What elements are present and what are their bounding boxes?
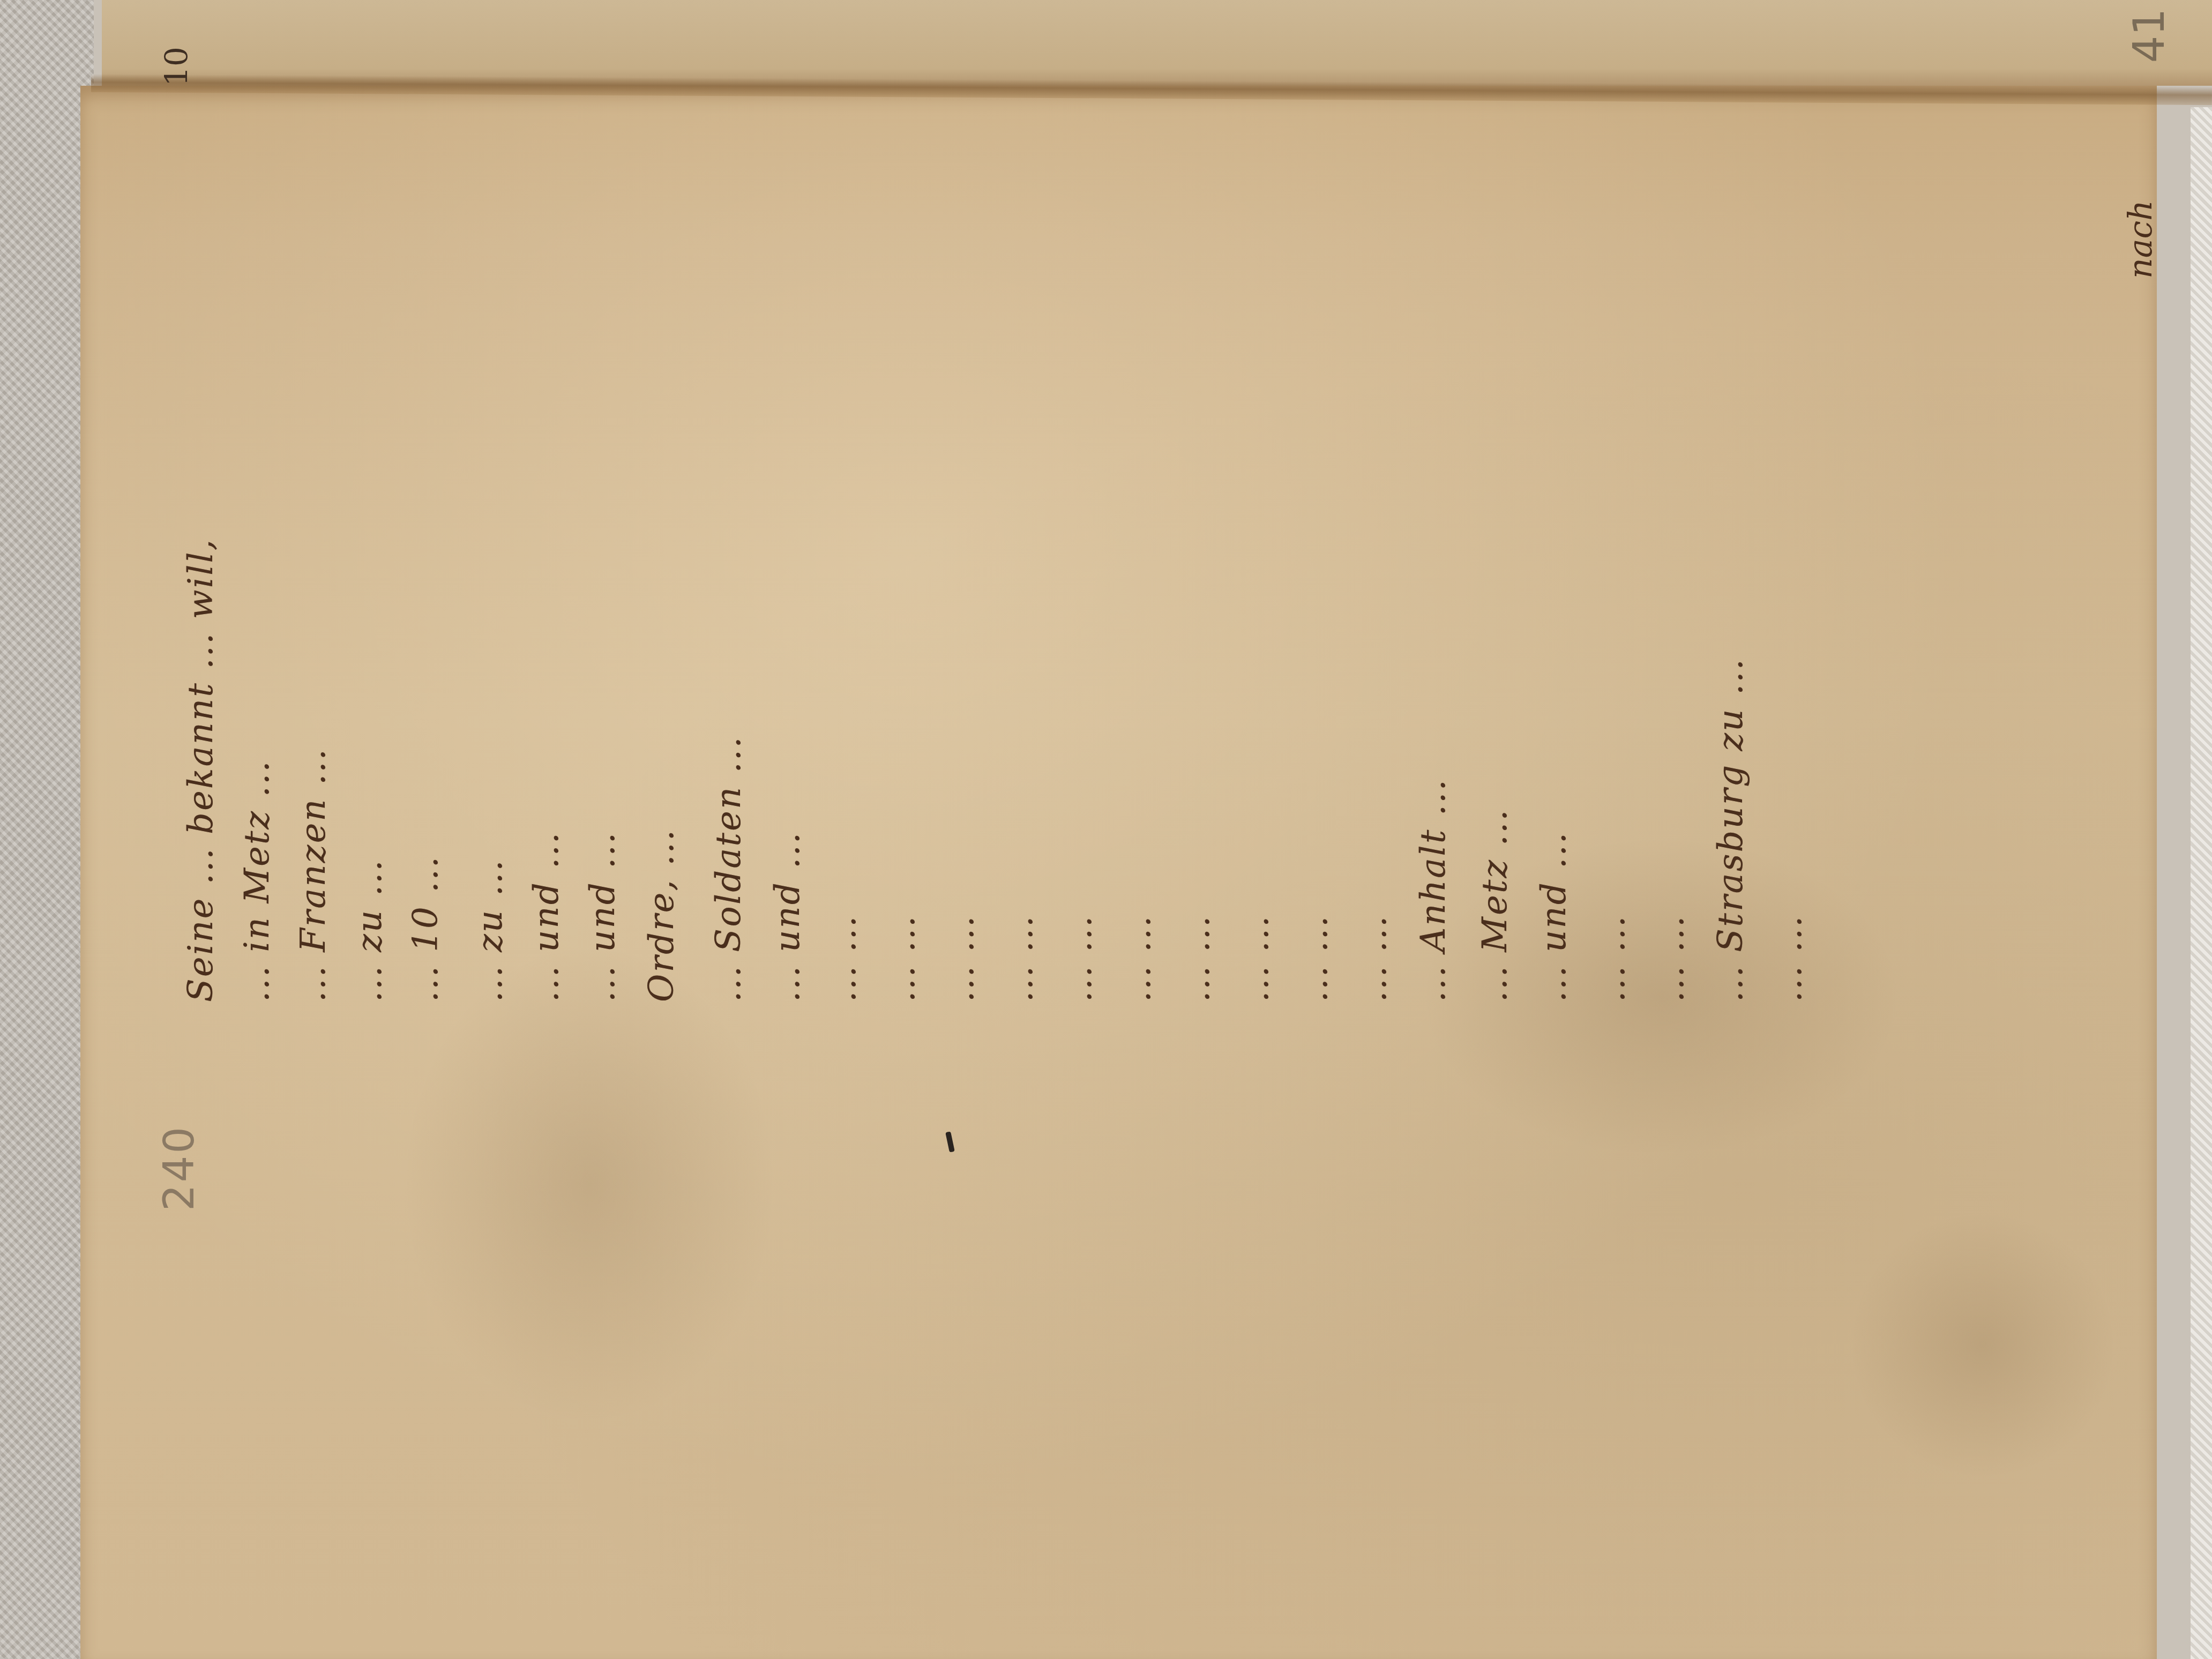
manuscript-line: ... und ... (522, 102, 571, 1002)
background-fabric-left (0, 0, 94, 1659)
ink-corner-mark: 10 (158, 47, 195, 86)
manuscript-line: ... und ... (764, 102, 812, 1002)
manuscript-line: ... ... (938, 102, 986, 1002)
manuscript-line: Seine ... bekannt ... will, (177, 102, 225, 1002)
manuscript-line: ... Franzen ... (289, 102, 338, 1002)
manuscript-line: ... Anhalt ... (1409, 102, 1458, 1002)
manuscript-line: ... ... (1232, 102, 1281, 1002)
pencil-folio-number: 240 (155, 1125, 204, 1211)
manuscript-line: ... ... (1648, 102, 1696, 1002)
manuscript-line: Ordre, ... (638, 102, 686, 1002)
paper-stain (402, 943, 777, 1425)
manuscript-line: ... 10 ... (402, 102, 450, 1002)
manuscript-line: ... ... (1350, 102, 1399, 1002)
manuscript-line: ... ... (1056, 102, 1104, 1002)
pencil-corner-mark: 41 (2124, 9, 2174, 63)
handwritten-text-block: Seine ... bekannt ... will, ... in Metz … (177, 102, 2159, 1013)
manuscript-line: ... ... (1115, 102, 1163, 1002)
manuscript-line: ... Soldaten ... (705, 102, 753, 1002)
manuscript-line: ... Metz ... (1471, 102, 1519, 1002)
previous-page-strip (102, 0, 2212, 86)
manuscript-line: ... ... (879, 102, 927, 1002)
manuscript-line: ... Strasburg zu ... (1707, 102, 1755, 1002)
manuscript-line: ... und ... (1530, 102, 1578, 1002)
paper-stain (1849, 1211, 2117, 1479)
manuscript-line: ... ... (1766, 102, 1814, 1002)
catchword: nach (2122, 139, 2170, 279)
manuscript-line: ... zu ... (466, 102, 514, 1002)
manuscript-line: ... ... (1174, 102, 1222, 1002)
manuscript-line: ... ... (997, 102, 1045, 1002)
manuscript-line: ... ... (820, 102, 868, 1002)
manuscript-line: ... in Metz ... (233, 102, 281, 1002)
manuscript-line: ... und ... (579, 102, 627, 1002)
manuscript-line: ... ... (1589, 102, 1637, 1002)
manuscript-line: ... zu ... (346, 102, 394, 1002)
background-fabric-right (2191, 107, 2212, 1659)
manuscript-line: ... ... (1291, 102, 1340, 1002)
